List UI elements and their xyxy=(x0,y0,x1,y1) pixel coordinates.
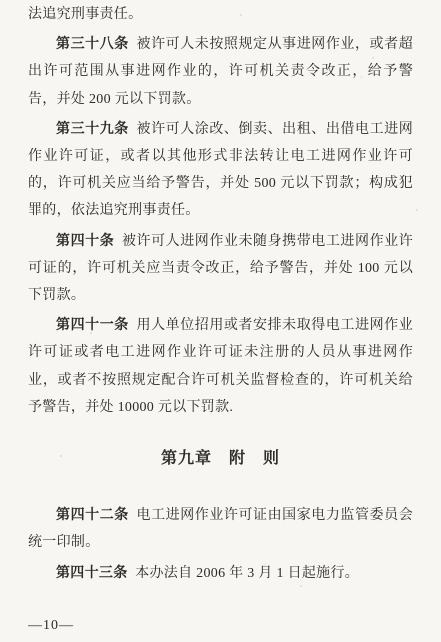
article-43-text: 本办法自 2006 年 3 月 1 日起施行。 xyxy=(135,566,359,581)
article-39-paragraph: 第三十九条被许可人涂改、倒卖、出租、出借电工进网作业许可证，或者以其他形式非法转… xyxy=(28,116,413,225)
article-43-paragraph: 第四十三条本办法自 2006 年 3 月 1 日起施行。 xyxy=(28,560,413,587)
scan-speckle xyxy=(240,14,242,16)
scan-speckle xyxy=(372,57,374,59)
page-number: —10— xyxy=(28,618,74,634)
article-42-number: 第四十二条 xyxy=(56,508,137,523)
article-41-paragraph: 第四十一条用人单位招用或者安排未取得电工进网作业许可证或者电工进网作业许可证未注… xyxy=(28,312,413,421)
article-38-number: 第三十八条 xyxy=(56,37,137,52)
scan-speckle xyxy=(60,455,62,457)
scan-speckle xyxy=(300,585,302,587)
carryover-paragraph-fragment: 法追究刑事责任。 xyxy=(28,1,413,28)
article-41-number: 第四十一条 xyxy=(56,318,137,333)
chapter-9-heading: 第九章 附 则 xyxy=(28,445,413,472)
article-38-paragraph: 第三十八条被许可人未按照规定从事进网作业，或者超出许可范围从事进网作业的，许可机… xyxy=(28,31,413,113)
scan-speckle xyxy=(416,209,418,211)
document-body: 法追究刑事责任。 第三十八条被许可人未按照规定从事进网作业，或者超出许可范围从事… xyxy=(0,0,441,587)
article-40-paragraph: 第四十条被许可人进网作业未随身携带电工进网作业许可证的，许可机关应当责令改正，给… xyxy=(28,228,413,310)
article-42-paragraph: 第四十二条电工进网作业许可证由国家电力监管委员会统一印制。 xyxy=(28,502,413,556)
article-40-number: 第四十条 xyxy=(56,234,122,249)
article-39-number: 第三十九条 xyxy=(56,122,137,137)
scanned-document-page: 法追究刑事责任。 第三十八条被许可人未按照规定从事进网作业，或者超出许可范围从事… xyxy=(0,0,441,642)
article-43-number: 第四十三条 xyxy=(56,566,135,581)
scan-speckle xyxy=(90,332,92,334)
